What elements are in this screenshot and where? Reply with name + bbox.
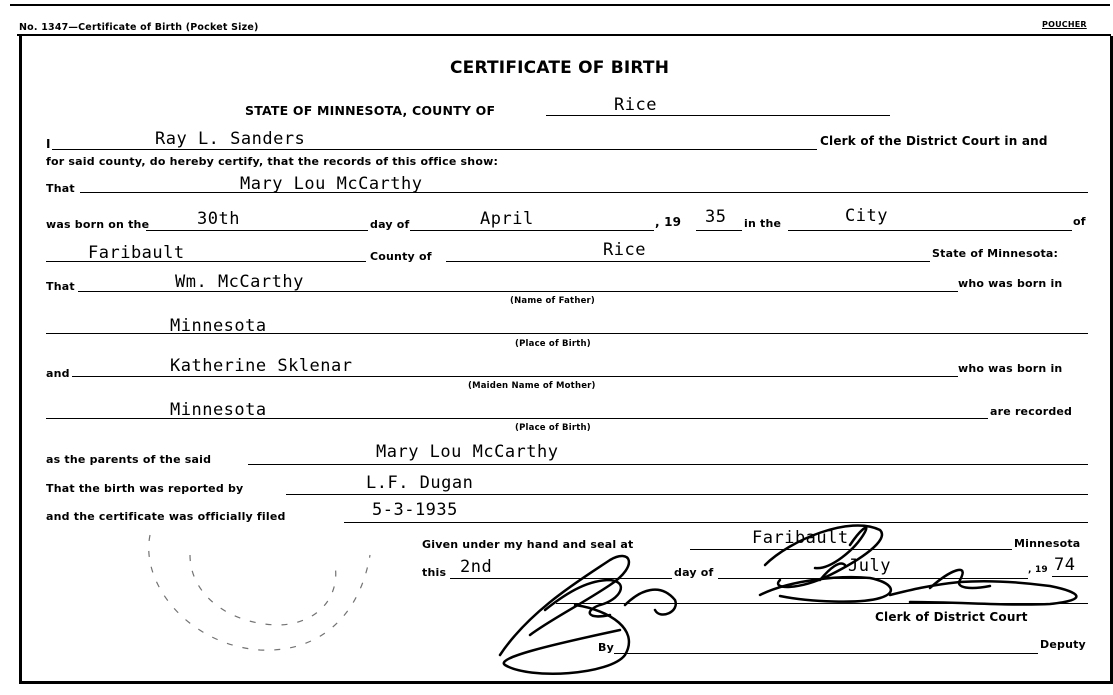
clerk-name: Ray L. Sanders — [155, 129, 305, 149]
parents-of-line — [248, 464, 1088, 465]
state-label: State of Minnesota: — [932, 247, 1058, 260]
year-prefix: , 19 — [655, 215, 681, 229]
county-line — [546, 115, 890, 116]
clerk-suffix: Clerk of the District Court in and — [820, 134, 1048, 148]
birth-year: 35 — [705, 207, 726, 227]
father-birthplace-caption: (Place of Birth) — [515, 339, 591, 349]
form-number: No. 1347—Certificate of Birth (Pocket Si… — [19, 22, 259, 33]
child-line — [80, 192, 1088, 193]
birth-month: April — [480, 209, 534, 229]
place-type: City — [845, 206, 888, 226]
birth-city: Faribault — [88, 243, 185, 263]
child-name: Mary Lou McCarthy — [240, 174, 423, 194]
seal-embossing — [130, 525, 390, 675]
given-day: 2nd — [460, 557, 492, 577]
born-on-label: was born on the — [46, 218, 149, 231]
birth-county-line — [446, 261, 930, 262]
year-line — [696, 230, 742, 231]
child-name-repeat: Mary Lou McCarthy — [376, 442, 559, 462]
mother-born-in-label: who was born in — [958, 362, 1062, 375]
certificate-title: CERTIFICATE OF BIRTH — [450, 58, 669, 78]
father-birthplace: Minnesota — [170, 316, 267, 336]
father-name: Wm. McCarthy — [175, 272, 304, 292]
clerk-signature — [490, 520, 1110, 680]
clerk-line — [52, 149, 817, 150]
publisher-mark: POUCHER — [1042, 20, 1087, 29]
father-label: That — [46, 280, 75, 293]
in-the-label: in the — [744, 217, 781, 230]
mother-line — [72, 376, 958, 377]
county-value: Rice — [614, 95, 657, 115]
mother-birthplace: Minnesota — [170, 400, 267, 420]
mother-name: Katherine Sklenar — [170, 356, 353, 376]
and-label: and — [46, 367, 70, 380]
clerk-prefix: I — [46, 137, 51, 151]
month-line — [410, 230, 654, 231]
state-county-label: STATE OF MINNESOTA, COUNTY OF — [245, 103, 495, 118]
of-label: of — [1073, 215, 1086, 228]
day-line — [146, 230, 368, 231]
certify-text: for said county, do hereby certify, that… — [46, 155, 498, 168]
birth-county: Rice — [603, 240, 646, 260]
filed-date: 5-3-1935 — [372, 500, 458, 520]
mother-caption: (Maiden Name of Mother) — [468, 381, 596, 391]
reported-by: L.F. Dugan — [366, 473, 473, 493]
top-edge-line — [10, 4, 1110, 6]
father-born-in-label: who was born in — [958, 277, 1062, 290]
are-recorded-label: are recorded — [990, 405, 1072, 418]
county-of-label: County of — [370, 250, 432, 263]
father-caption: (Name of Father) — [510, 296, 595, 306]
place-type-line — [788, 230, 1072, 231]
day-of-label: day of — [370, 218, 410, 231]
reported-by-line — [286, 494, 1088, 495]
mother-birthplace-caption: (Place of Birth) — [515, 423, 591, 433]
reported-by-label: That the birth was reported by — [46, 482, 243, 495]
birth-day: 30th — [197, 209, 240, 229]
filed-label: and the certificate was officially filed — [46, 510, 286, 523]
this-label: this — [422, 566, 446, 579]
that-label: That — [46, 182, 75, 195]
parents-of-label: as the parents of the said — [46, 453, 211, 466]
